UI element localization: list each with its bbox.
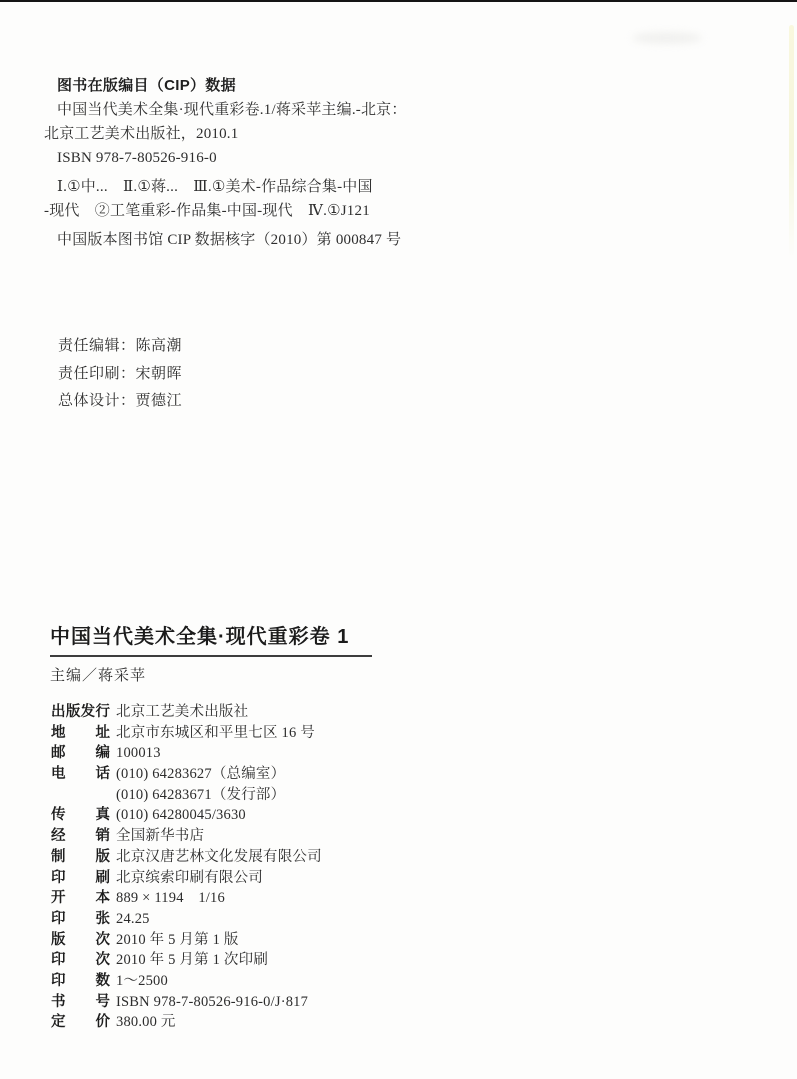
pub-label: 印 数	[51, 971, 110, 992]
cip-publisher-line: 北京工艺美术出版社，2010.1	[44, 122, 484, 146]
pub-label: 电 话	[51, 764, 110, 785]
credit-designer: 总体设计：贾德江	[58, 388, 182, 416]
credits-block: 责任编辑：陈高潮 责任印刷：宋朝晖 总体设计：贾德江	[58, 333, 182, 416]
publication-info-block: 出版发行北京工艺美术出版社 地 址北京市东城区和平里七区 16 号 邮 编100…	[51, 702, 322, 1033]
book-title-block: 中国当代美术全集·现代重彩卷 1 主编／蒋采苹	[50, 624, 390, 686]
pub-row-plate-making: 制 版北京汉唐艺林文化发展有限公司	[51, 847, 322, 868]
pub-row-address: 地 址北京市东城区和平里七区 16 号	[51, 723, 322, 744]
pub-row-printing: 印 刷北京缤索印刷有限公司	[51, 868, 322, 889]
pub-label: 开 本	[51, 888, 110, 909]
pub-value: ISBN 978-7-80526-916-0/J·817	[116, 994, 308, 1010]
scan-edge-line	[0, 0, 797, 2]
chief-editor-line: 主编／蒋采苹	[50, 666, 390, 686]
scan-smudge	[632, 32, 702, 44]
pub-value: 100013	[116, 745, 161, 761]
pub-value: 北京汉唐艺林文化发展有限公司	[116, 849, 322, 865]
pub-value: 2010 年 5 月第 1 次印刷	[116, 952, 268, 968]
pub-value: 2010 年 5 月第 1 版	[116, 932, 239, 948]
pub-value: 380.00 元	[116, 1014, 176, 1030]
pub-row-postcode: 邮 编100013	[51, 743, 322, 764]
pub-row-price: 定 价380.00 元	[51, 1012, 322, 1033]
cip-data-block: 图书在版编目（CIP）数据 中国当代美术全集·现代重彩卷.1/蒋采苹主编.-北京…	[44, 74, 484, 252]
book-copyright-page: 图书在版编目（CIP）数据 中国当代美术全集·现代重彩卷.1/蒋采苹主编.-北京…	[0, 0, 797, 1079]
pub-label: 制 版	[51, 847, 110, 868]
pub-value: 889 × 1194 1/16	[116, 890, 225, 906]
cip-heading: 图书在版编目（CIP）数据	[44, 74, 484, 98]
book-title: 中国当代美术全集·现代重彩卷 1	[50, 624, 390, 650]
pub-label: 邮 编	[51, 743, 110, 764]
pub-label: 传 真	[51, 805, 110, 826]
pub-label: 定 价	[51, 1012, 110, 1033]
pub-row-phone-2: (010) 64283671（发行部）	[51, 785, 322, 806]
pub-label: 版 次	[51, 930, 110, 951]
pub-row-publisher: 出版发行北京工艺美术出版社	[51, 702, 322, 723]
pub-value: 北京市东城区和平里七区 16 号	[116, 725, 315, 741]
pub-row-impression: 印 次2010 年 5 月第 1 次印刷	[51, 950, 322, 971]
pub-value: 1～2500	[116, 973, 168, 989]
pub-row-distribution: 经 销全国新华书店	[51, 826, 322, 847]
cip-isbn-line: ISBN 978-7-80526-916-0	[44, 146, 484, 170]
pub-row-print-run: 印 数1～2500	[51, 971, 322, 992]
title-rule	[50, 655, 372, 657]
credit-printing-supervisor: 责任印刷：宋朝晖	[58, 361, 182, 389]
credit-editor: 责任编辑：陈高潮	[58, 333, 182, 361]
pub-row-book-number: 书 号ISBN 978-7-80526-916-0/J·817	[51, 992, 322, 1013]
pub-row-phone-1: 电 话(010) 64283627（总编室）	[51, 764, 322, 785]
scan-edge-tint	[789, 25, 794, 260]
pub-value: (010) 64283627（总编室）	[116, 766, 285, 782]
pub-value: 北京缤索印刷有限公司	[116, 870, 263, 886]
pub-label: 地 址	[51, 723, 110, 744]
pub-row-edition: 版 次2010 年 5 月第 1 版	[51, 930, 322, 951]
pub-value: 24.25	[116, 911, 150, 927]
pub-label: 出版发行	[51, 702, 110, 723]
pub-value: 全国新华书店	[116, 828, 204, 844]
pub-value: (010) 64280045/3630	[116, 807, 246, 823]
cip-registration-line: 中国版本图书馆 CIP 数据核字（2010）第 000847 号	[44, 228, 484, 252]
pub-label: 印 张	[51, 909, 110, 930]
cip-classification-line-1: Ⅰ.①中... Ⅱ.①蒋... Ⅲ.①美术-作品综合集-中国	[44, 175, 484, 199]
pub-label: 书 号	[51, 992, 110, 1013]
pub-label: 印 刷	[51, 868, 110, 889]
pub-row-fax: 传 真(010) 64280045/3630	[51, 805, 322, 826]
pub-value: (010) 64283671（发行部）	[116, 787, 285, 803]
pub-row-format: 开 本889 × 1194 1/16	[51, 888, 322, 909]
cip-classification-line-2: -现代 ②工笔重彩-作品集-中国-现代 Ⅳ.①J121	[44, 199, 484, 223]
pub-label: 经 销	[51, 826, 110, 847]
pub-row-sheets: 印 张24.25	[51, 909, 322, 930]
pub-label: 印 次	[51, 950, 110, 971]
cip-title-line: 中国当代美术全集·现代重彩卷.1/蒋采苹主编.-北京：	[44, 98, 484, 122]
pub-value: 北京工艺美术出版社	[116, 704, 248, 720]
